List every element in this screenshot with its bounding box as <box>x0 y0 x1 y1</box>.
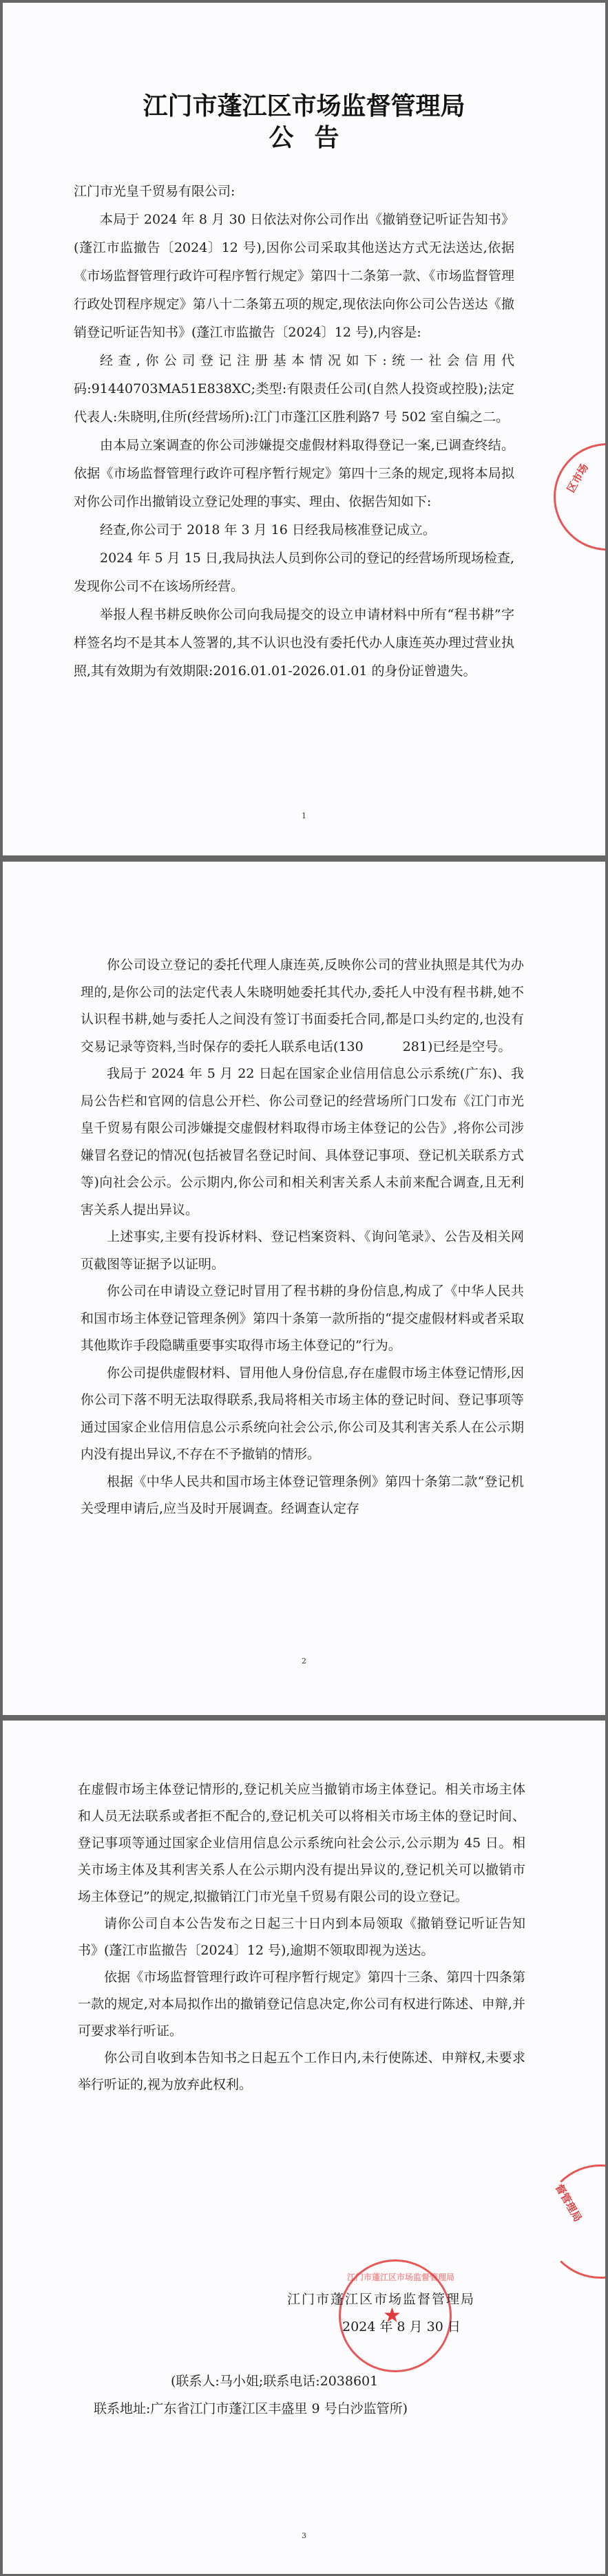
issuer-title: 江门市蓬江区市场监督管理局 <box>3 87 605 122</box>
paragraph: 本局于 2024 年 8 月 30 日依法对你公司作出《撤销登记听证告知书》(蓬… <box>74 206 514 347</box>
paragraph: 你公司自收到本告知书之日起五个工作日内,未行使陈述、申辩权,未要求举行听证的,视… <box>78 2045 525 2098</box>
page-number: 1 <box>3 811 605 820</box>
contact-person-phone: (联系人:马小姐;联系电话:2038601 <box>171 2371 378 2389</box>
contact-address: 联系地址:广东省江门市蓬江区丰盛里 9 号白沙监管所) <box>94 2398 408 2417</box>
signature-date: 2024 年 8 月 30 日 <box>342 2317 461 2335</box>
page-3-body: 在虚假市场主体登记情形的,登记机关应当撤销市场主体登记。相关市场主体和人员无法联… <box>78 1776 525 2098</box>
page-1-body: 江门市光皇千贸易有限公司: 本局于 2024 年 8 月 30 日依法对你公司作… <box>74 178 514 685</box>
paragraph: 依据《市场监督管理行政许可程序暂行规定》第四十三条、第四十四条第一款的规定,对本… <box>78 1964 525 2045</box>
paragraph: 由本局立案调查的你公司涉嫌提交虚假材料取得登记一案,已调查终结。依据《市场监督管… <box>74 432 514 516</box>
seal-text: 江门市蓬江区市场监督管理局 <box>347 2271 454 2283</box>
document-page-2: 你公司设立登记的委托代理人康连英,反映你公司的营业执照是其代为办理的,是你公司的… <box>3 862 605 1715</box>
document-page-1: 江门市蓬江区市场监督管理局 公告 江门市光皇千贸易有限公司: 本局于 2024 … <box>3 3 605 855</box>
paragraph: 经查,你公司登记注册基本情况如下:统一社会信用代码:91440703MA51E8… <box>74 347 514 432</box>
official-seal-partial <box>554 443 605 551</box>
doc-type-title: 公告 <box>3 118 605 153</box>
page-number: 3 <box>3 2531 605 2540</box>
page-number: 2 <box>3 1657 605 1665</box>
paragraph: 你公司在申请设立登记时冒用了程书耕的身份信息,构成了《中华人民共和国市场主体登记… <box>81 1278 524 1360</box>
paragraph: 在虚假市场主体登记情形的,登记机关应当撤销市场主体登记。相关市场主体和人员无法联… <box>78 1776 525 1910</box>
paragraph: 举报人程书耕反映你公司向我局提交的设立申请材料中所有“程书耕”字样签名均不是其本… <box>74 601 514 685</box>
paragraph: 你公司设立登记的委托代理人康连英,反映你公司的营业执照是其代为办理的,是你公司的… <box>81 952 524 1061</box>
paragraph: 2024 年 5 月 15 日,我局执法人员到你公司的登记的经营场所现场检查,发… <box>74 544 514 601</box>
paragraph: 我局于 2024 年 5 月 22 日起在国家企业信用信息公示系统(广东)、我局… <box>81 1061 524 1224</box>
addressee: 江门市光皇千贸易有限公司: <box>74 178 514 206</box>
paragraph: 根据《中华人民共和国市场主体登记管理条例》第四十条第二款“登记机关受理申请后,应… <box>81 1469 524 1523</box>
document-page-3: 在虚假市场主体登记情形的,登记机关应当撤销市场主体登记。相关市场主体和人员无法联… <box>3 1721 605 2574</box>
paragraph: 经查,你公司于 2018 年 3 月 16 日经我局核准登记成立。 <box>74 516 514 544</box>
page-2-body: 你公司设立登记的委托代理人康连英,反映你公司的营业执照是其代为办理的,是你公司的… <box>81 952 524 1523</box>
signature-issuer: 江门市蓬江区市场监督管理局 <box>287 2289 475 2308</box>
paragraph: 上述事实,主要有投诉材料、登记档案资料、《询问笔录》、公告及相关网页截图等证据予… <box>81 1224 524 1278</box>
paragraph: 请你公司自本公告发布之日起三十日内到本局领取《撤销登记听证告知书》(蓬江市监撤告… <box>78 1910 525 1964</box>
paragraph: 你公司提供虚假材料、冒用他人身份信息,存在虚假市场主体登记情形,因你公司下落不明… <box>81 1360 524 1469</box>
